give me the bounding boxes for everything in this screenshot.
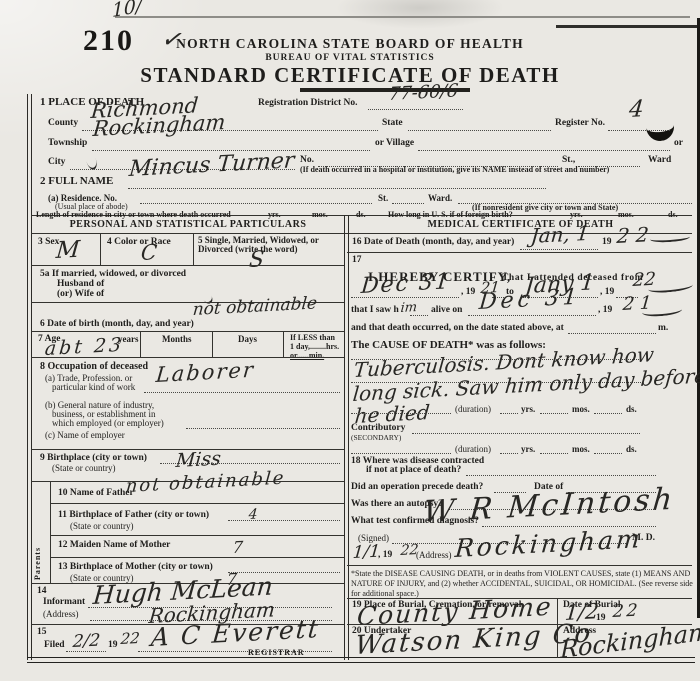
sig-address-value: Rockingham [454, 526, 644, 561]
dotted-line [186, 427, 340, 429]
date-of-death-value: Jan, 1 [530, 223, 590, 246]
dotted-line [351, 452, 451, 454]
dob-label: 6 Date of birth (month, day, and year) [40, 320, 194, 330]
header-board: NORTH CAROLINA STATE BOARD OF HEALTH [95, 37, 605, 51]
dotted-line [410, 314, 428, 316]
informant-num: 14 [37, 587, 47, 597]
race-value: C [140, 242, 158, 264]
parents-divider [50, 481, 51, 583]
row-rule [50, 535, 344, 536]
saw-alive-label: that I saw h [351, 306, 399, 316]
footnote-rule [347, 565, 692, 566]
occupation-a2: particular kind of work [52, 383, 135, 392]
reg-district-value: 77-60/6 [388, 82, 459, 104]
saw-alive-value: Dec 31 [478, 287, 582, 314]
item-17: 17 [352, 256, 362, 266]
sex-value: M [55, 239, 81, 263]
occupation-value: Laborer [155, 360, 256, 386]
residence-ward-label: Ward. [428, 194, 452, 203]
dotted-line [412, 432, 640, 434]
m-label: m. [658, 324, 668, 334]
burial-year: 22 [612, 602, 641, 621]
duration-yrs: yrs. [521, 405, 535, 414]
dod-19: 19 [602, 238, 612, 248]
to-19: , 19 [600, 288, 614, 298]
date-of-death-label: 16 Date of Death (month, day, and year) [352, 238, 514, 248]
dotted-line [418, 149, 670, 151]
row-rule [31, 265, 344, 266]
hole-punch-mark [645, 111, 676, 143]
cell-divider [283, 331, 284, 357]
full-name-label: 2 FULL NAME [40, 176, 113, 188]
register-no-value: 4 [628, 98, 645, 122]
registrar-signature: A C Everett [150, 616, 321, 650]
dotted-line [568, 332, 656, 334]
mos-label: mos. [618, 211, 634, 219]
dotted-line [392, 202, 424, 204]
dotted-line [351, 412, 451, 414]
filed-year: 22 [120, 631, 140, 647]
occupation-b3: which employed (or employer) [52, 419, 164, 428]
death-occurred-label: and that death occurred, on the date sta… [351, 324, 564, 334]
register-no-label: Register No. [555, 119, 605, 129]
column-divider [344, 215, 349, 660]
duration2-yrs: yrs. [521, 445, 535, 454]
row-rule [31, 357, 344, 358]
informant-address-label: (Address) [43, 610, 79, 619]
city-ward-label: Ward [648, 156, 671, 166]
hospital-note: (If death occurred in a hospital or inst… [300, 166, 609, 174]
duration-ds: ds. [626, 405, 637, 414]
mos-label: mos. [312, 211, 328, 219]
dotted-line [466, 474, 656, 476]
sig-19: , 19 [378, 551, 392, 561]
scan-top-line [115, 16, 690, 18]
cell-divider [100, 233, 101, 265]
dotted-line [368, 108, 463, 110]
cell-divider [193, 233, 194, 265]
dotted-line [594, 452, 622, 454]
county-label: County [48, 119, 78, 129]
or-village-label: or Village [375, 139, 414, 149]
age-days-label: Days [238, 335, 257, 344]
dotted-line [540, 412, 568, 414]
registrar-label: REGISTRAR [248, 649, 305, 657]
alive-on-label: alive on [431, 306, 462, 316]
dotted-line [520, 248, 598, 250]
occupation-c: (c) Name of employer [45, 431, 125, 440]
row-rule [31, 331, 344, 332]
state-country-note: (State or country) [70, 522, 133, 531]
dotted-line [140, 202, 372, 204]
mother-maiden-value: 7 [232, 539, 244, 556]
filed-19: 19 [108, 641, 118, 651]
row-rule [347, 252, 692, 253]
dotted-line [594, 412, 622, 414]
dotted-line [500, 452, 518, 454]
township-label: Township [48, 139, 87, 149]
row-rule [50, 503, 344, 504]
scan-top-line-dark [556, 25, 700, 28]
pen-stroke [650, 233, 690, 244]
dob-value: not obtainable [192, 295, 318, 319]
residence-st-label: St. [378, 194, 388, 203]
father-birthplace-label: 11 Birthplace of Father (city or town) [58, 511, 209, 521]
parents-label: Parents [34, 500, 42, 580]
birthplace-value: Miss [175, 450, 222, 471]
dotted-line [540, 452, 568, 454]
father-name-label: 10 Name of Father [58, 489, 134, 499]
dotted-line [408, 129, 551, 131]
attended-from-value: Dec 31 [360, 271, 452, 298]
dotted-line [128, 187, 546, 189]
cell-divider [212, 331, 213, 357]
form-left-border [27, 94, 32, 660]
duration2-ds: ds. [626, 445, 637, 454]
dotted-line [228, 519, 340, 521]
occupation-label: 8 Occupation of deceased [40, 362, 148, 373]
race-label: 4 Color or Race [107, 238, 171, 248]
duration2-mos: mos. [572, 445, 590, 454]
reg-district-label: Registration District No. [258, 99, 357, 109]
sig-address-label: (Address) [416, 551, 452, 560]
dotted-line [144, 391, 340, 393]
state-label: State [382, 119, 403, 129]
or-label: or [674, 139, 683, 149]
duration-label: (duration) [455, 405, 491, 414]
age-months-label: Months [162, 335, 192, 344]
ds-label: ds. [356, 211, 366, 219]
titles-bottom-rule [31, 233, 692, 234]
filed-label: Filed [44, 641, 65, 651]
saw-him-value: im [400, 301, 418, 315]
dotted-line [500, 412, 518, 414]
death-certificate-scan: 10/ 210 ✓ NORTH CAROLINA STATE BOARD OF … [0, 0, 700, 681]
burial-19: 19 [596, 614, 606, 624]
informant-label: Informant [43, 598, 85, 608]
mother-birthplace-label: 13 Birthplace of Mother (city or town) [58, 563, 213, 573]
marital-value: S [248, 249, 265, 272]
secondary-label: (SECONDARY) [351, 434, 401, 442]
age-value: abt 23 [44, 336, 125, 359]
q18-line2: if not at place of death? [366, 466, 461, 476]
personal-title: PERSONAL AND STATISTICAL PARTICULARS [33, 220, 343, 231]
cell-divider [140, 331, 141, 357]
row-rule [50, 557, 344, 558]
filed-num: 15 [37, 628, 47, 638]
filed-value: 2/2 [72, 632, 101, 651]
saw-19: , 19 [598, 306, 612, 316]
header-title: STANDARD CERTIFICATE OF DEATH [60, 64, 640, 86]
dod-year: 2 2 [616, 224, 650, 246]
duration-mos: mos. [572, 405, 590, 414]
full-name-value: Mincus Turner [128, 150, 295, 181]
township-value: Rockingham [92, 112, 226, 140]
dotted-line [608, 129, 670, 131]
wife-label: (or) Wife of [57, 290, 104, 300]
mother-maiden-label: 12 Maiden Name of Mother [58, 541, 170, 551]
ds-label: ds. [668, 211, 678, 219]
marital-label: 5 Single, Married, Widowed, or Divorced … [198, 236, 340, 255]
father-birthplace-value: 4 [248, 507, 258, 522]
city-label: City [48, 158, 65, 168]
father-name-value: not obtainable [125, 470, 286, 496]
state-country-note: (State or country) [52, 464, 115, 473]
operation-label: Did an operation precede death? [351, 483, 483, 493]
signature-date: 1/1 [352, 543, 381, 562]
duration2-label: (duration) [455, 445, 491, 454]
from-19: , 19 [461, 288, 475, 298]
